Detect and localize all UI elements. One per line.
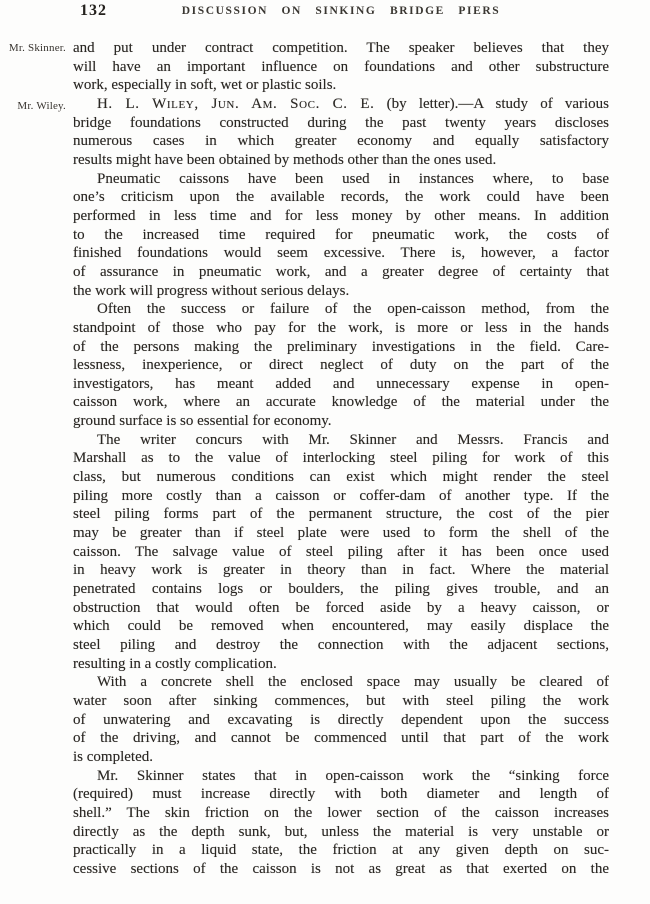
text-line: piling more costly than a caisson or cof…	[73, 487, 609, 506]
body-text: and put under contract competition. The …	[73, 39, 609, 879]
text-line: of unwatering and excavating is directly…	[73, 711, 609, 730]
paragraph: With a concrete shell the enclosed space…	[73, 673, 609, 766]
paragraph: The writer concurs with Mr. Skinner and …	[73, 431, 609, 674]
text-line: is completed.	[73, 748, 609, 767]
text-line: of assurance in pneumatic work, and a gr…	[73, 263, 609, 282]
text-line: to the increased time required for pneum…	[73, 226, 609, 245]
paragraph: Mr. Skinner states that in open-caisson …	[73, 767, 609, 879]
text-line: bridge foundations constructed during th…	[73, 114, 609, 133]
text-segment: (by letter).—A study of various	[375, 96, 609, 112]
text-line: (required) must increase directly with b…	[73, 785, 609, 804]
text-line: obstruction that would often be forced a…	[73, 599, 609, 618]
margin-note-wiley: Mr. Wiley.	[0, 100, 66, 113]
text-line: and put under contract competition. The …	[73, 39, 609, 58]
book-page: 132 DISCUSSION ON SINKING BRIDGE PIERS M…	[0, 0, 650, 904]
text-line: Often the success or failure of the open…	[73, 300, 609, 319]
text-line: The writer concurs with Mr. Skinner and …	[73, 431, 609, 450]
text-line: standpoint of those who pay for the work…	[73, 319, 609, 338]
text-line: results might have been obtained by meth…	[73, 151, 609, 170]
text-line: of the persons making the preliminary in…	[73, 338, 609, 357]
margin-note-skinner: Mr. Skinner.	[0, 42, 66, 55]
text-line: cessive sections of the caisson is not a…	[73, 860, 609, 879]
text-line: which could be removed when encountered,…	[73, 617, 609, 636]
text-line: practically in a liquid state, the frict…	[73, 841, 609, 860]
paragraph: and put under contract competition. The …	[73, 39, 609, 95]
text-line: water soon after sinking commences, but …	[73, 692, 609, 711]
text-line: resulting in a costly complication.	[73, 655, 609, 674]
paragraph: Often the success or failure of the open…	[73, 300, 609, 431]
text-line: work, especially in soft, wet or plastic…	[73, 76, 609, 95]
text-line: penetrated contains logs or boulders, th…	[73, 580, 609, 599]
text-line: Pneumatic caissons have been used in ins…	[73, 170, 609, 189]
author-name-smallcaps: H. L. Wiley, Jun. Am. Soc. C. E.	[97, 96, 375, 112]
text-line: in heavy work is greater in theory than …	[73, 561, 609, 580]
text-line: will have an important influence on foun…	[73, 58, 609, 77]
text-line: finished foundations would seem excessiv…	[73, 244, 609, 263]
paragraph: H. L. Wiley, Jun. Am. Soc. C. E. (by let…	[73, 95, 609, 170]
text-line: of the driving, and cannot be commenced …	[73, 729, 609, 748]
text-line: steel piling and destroy the connection …	[73, 636, 609, 655]
text-line: shell.” The skin friction on the lower s…	[73, 804, 609, 823]
text-line: directly as the depth sunk, but, unless …	[73, 823, 609, 842]
text-line: steel piling forms part of the permanent…	[73, 505, 609, 524]
text-line: investigators, has meant added and unnec…	[73, 375, 609, 394]
text-line: Marshall as to the value of interlocking…	[73, 449, 609, 468]
text-line: class, but numerous conditions can exist…	[73, 468, 609, 487]
text-line: caisson work, where an accurate knowledg…	[73, 393, 609, 412]
text-line: one’s criticism upon the available recor…	[73, 188, 609, 207]
text-line: H. L. Wiley, Jun. Am. Soc. C. E. (by let…	[73, 95, 609, 114]
text-line: performed in less time and for less mone…	[73, 207, 609, 226]
page-header: 132 DISCUSSION ON SINKING BRIDGE PIERS	[73, 2, 609, 22]
running-title: DISCUSSION ON SINKING BRIDGE PIERS	[73, 5, 609, 17]
text-line: lessness, inexperience, or direct neglec…	[73, 356, 609, 375]
text-line: may be greater than if steel plate were …	[73, 524, 609, 543]
text-line: ground surface is so essential for econo…	[73, 412, 609, 431]
text-line: the work will progress without serious d…	[73, 282, 609, 301]
paragraph: Pneumatic caissons have been used in ins…	[73, 170, 609, 301]
text-line: With a concrete shell the enclosed space…	[73, 673, 609, 692]
text-line: numerous cases in which greater economy …	[73, 132, 609, 151]
text-line: caisson. The salvage value of steel pili…	[73, 543, 609, 562]
text-line: Mr. Skinner states that in open-caisson …	[73, 767, 609, 786]
